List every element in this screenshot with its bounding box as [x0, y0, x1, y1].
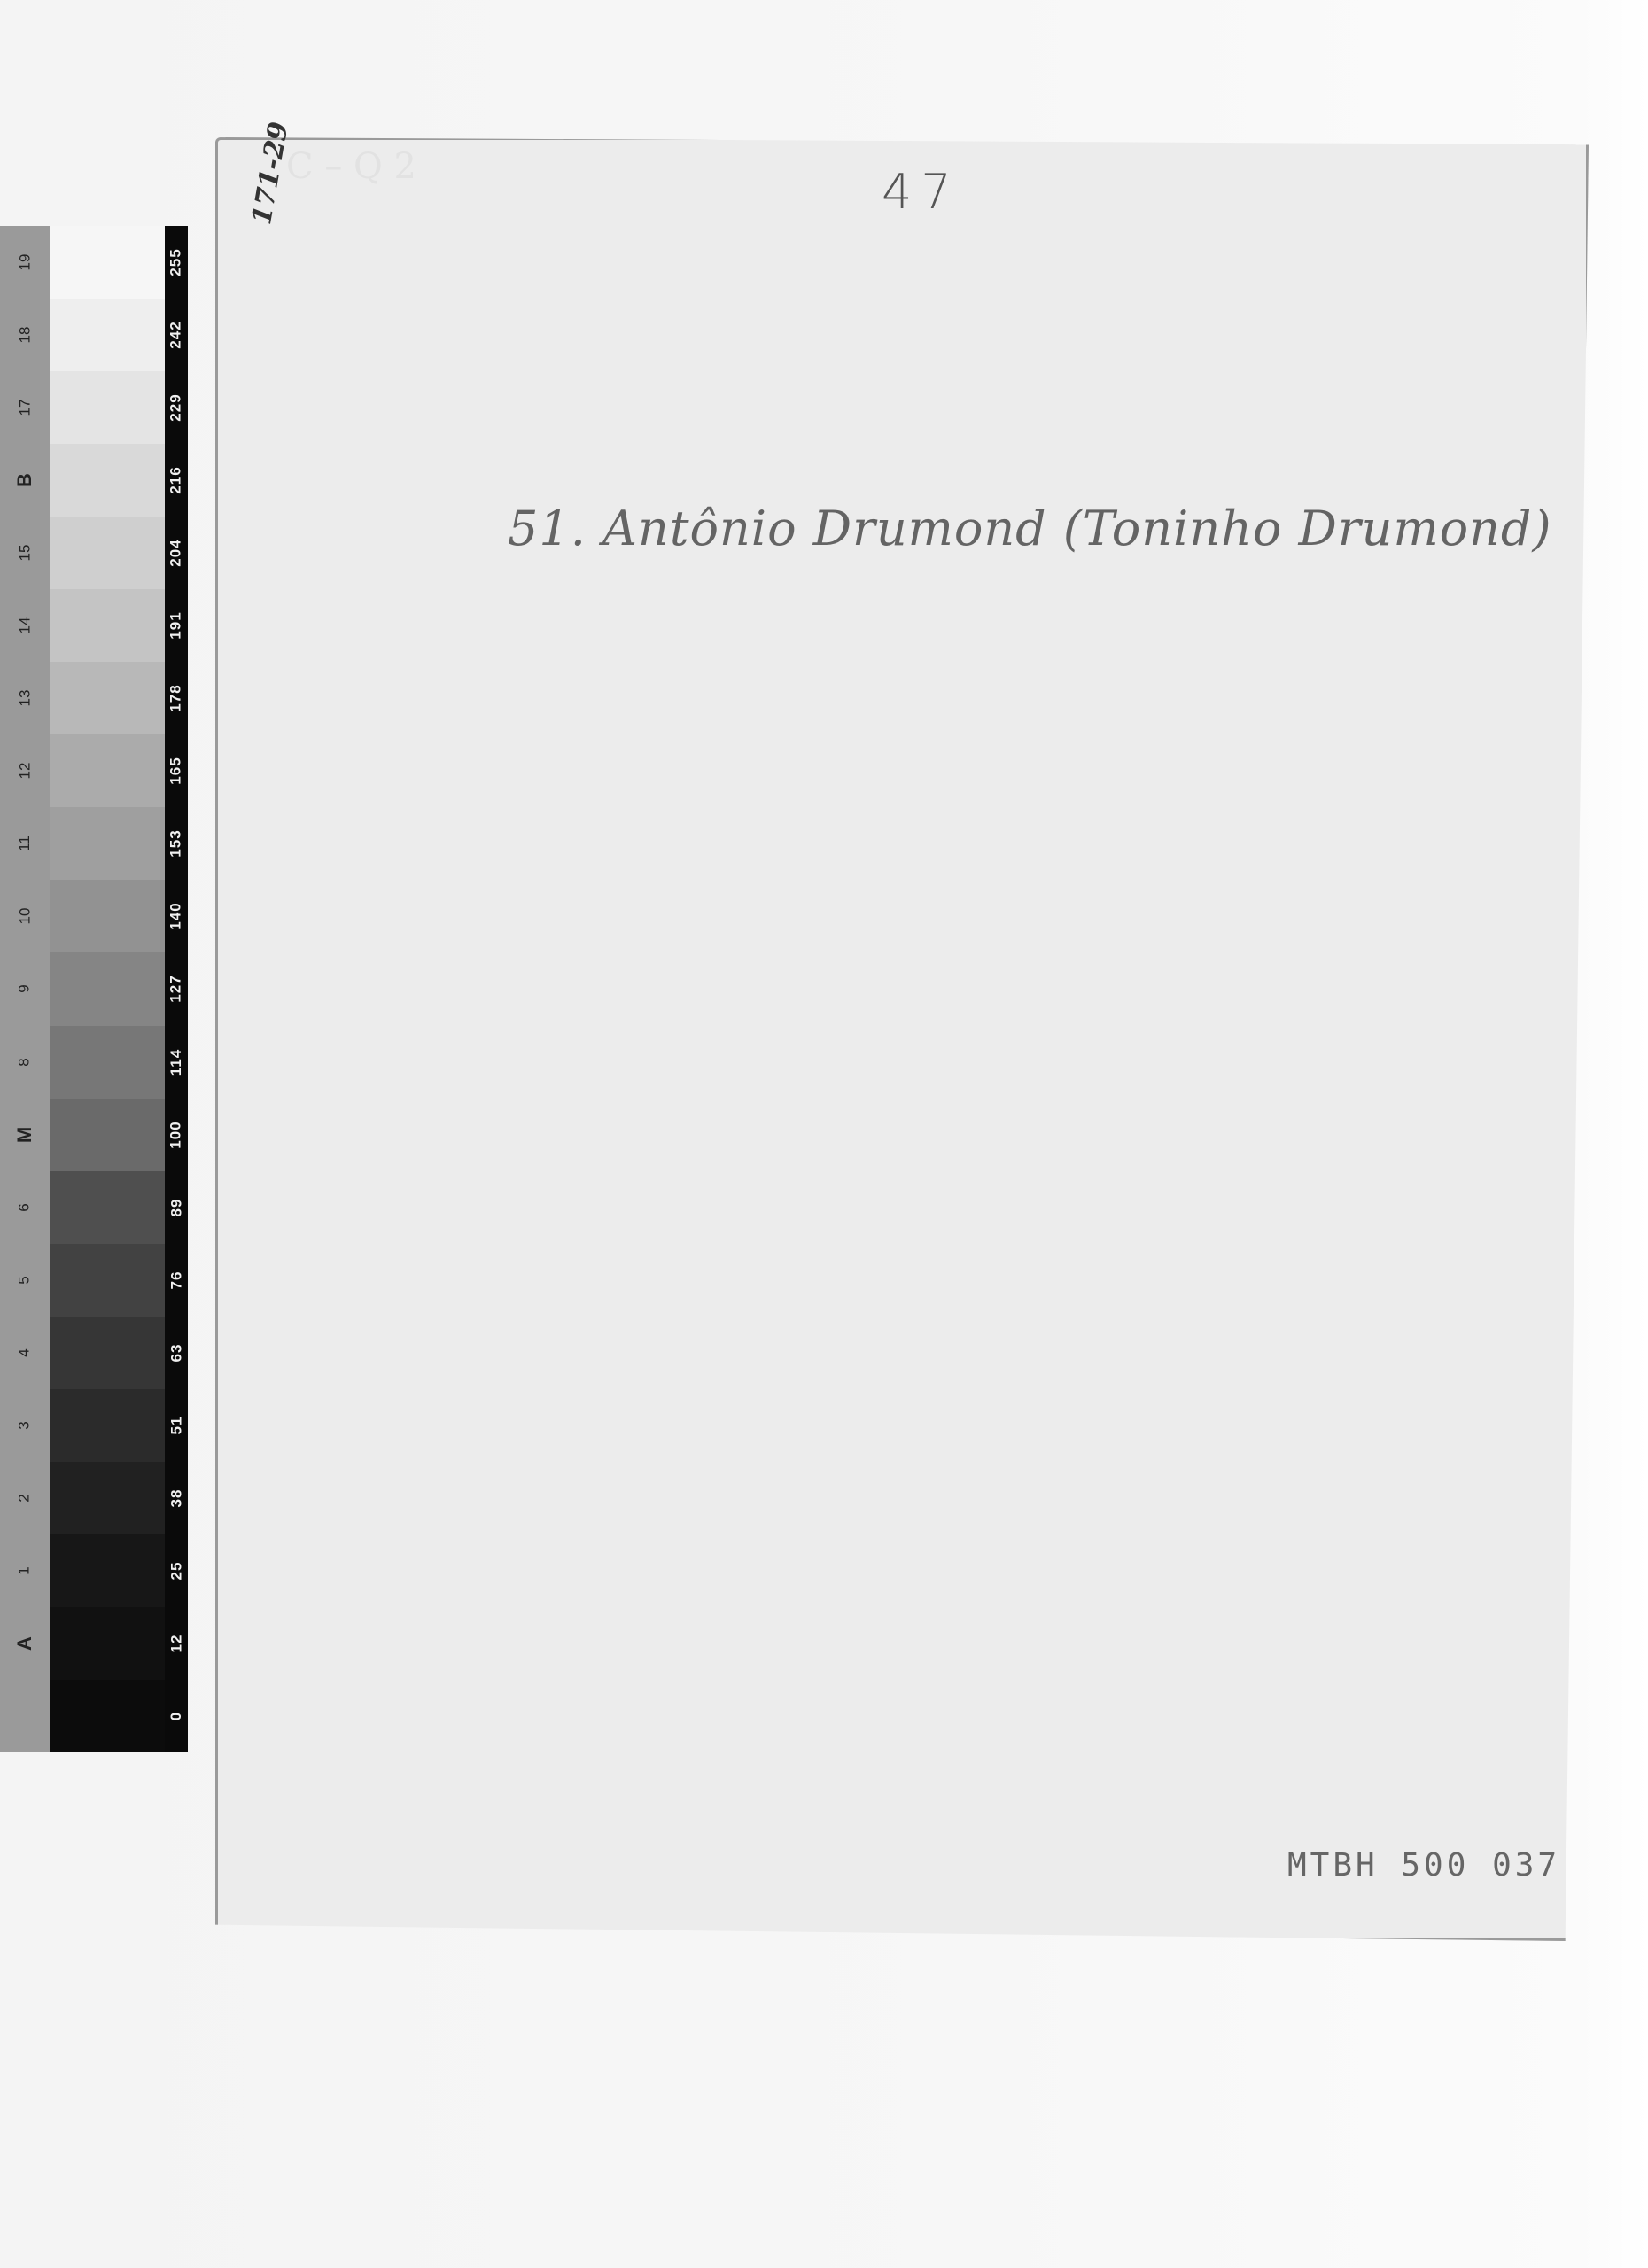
grayscale-patch: A12: [0, 1607, 188, 1680]
patch-label: 2: [16, 1494, 34, 1502]
patch-swatch: [50, 734, 165, 807]
patch-label: 15: [16, 545, 34, 562]
grayscale-patch: 689: [0, 1171, 188, 1244]
patch-label-cell: 17: [0, 371, 50, 444]
card-content: C – Q 2 47 171-29 51. Antônio Drumond (T…: [215, 137, 1583, 1936]
patch-label: M: [13, 1126, 36, 1142]
patch-swatch: [50, 1389, 165, 1462]
faint-bleed-through-marks: C – Q 2: [286, 146, 416, 187]
patch-value-cell: 178: [165, 662, 188, 734]
patch-label-cell: 11: [0, 807, 50, 880]
patch-swatch: [50, 1680, 165, 1752]
patch-value: 204: [167, 540, 185, 567]
patch-label-cell: A: [0, 1607, 50, 1680]
patch-value-cell: 165: [165, 734, 188, 807]
patch-label-cell: 1: [0, 1534, 50, 1607]
patch-value: 242: [167, 321, 185, 348]
patch-value-cell: 127: [165, 952, 188, 1025]
patch-label: 5: [16, 1276, 34, 1284]
patch-value-cell: 76: [165, 1244, 188, 1317]
grayscale-patch: 8114: [0, 1026, 188, 1099]
patch-value-cell: 114: [165, 1026, 188, 1099]
patch-swatch: [50, 1099, 165, 1171]
grayscale-patch: 19255: [0, 226, 188, 299]
patch-label: 3: [16, 1421, 34, 1429]
patch-swatch: [50, 952, 165, 1025]
patch-value-cell: 89: [165, 1171, 188, 1244]
patch-label: 17: [16, 400, 34, 416]
grayscale-patch: 576: [0, 1244, 188, 1317]
patch-value: 216: [167, 466, 185, 493]
grayscale-patch: 17229: [0, 371, 188, 444]
patch-value: 153: [167, 830, 185, 858]
patch-swatch: [50, 1317, 165, 1389]
patch-label: A: [13, 1636, 36, 1651]
patch-label: 11: [16, 836, 34, 852]
patch-label: 1: [16, 1566, 34, 1574]
patch-label-cell: 8: [0, 1026, 50, 1099]
patch-swatch: [50, 1534, 165, 1607]
patch-value-cell: 242: [165, 299, 188, 371]
patch-value: 25: [167, 1561, 185, 1580]
patch-label-cell: 15: [0, 517, 50, 589]
grayscale-patch: 15204: [0, 517, 188, 589]
patch-swatch: [50, 1462, 165, 1534]
patch-label: 4: [16, 1348, 34, 1356]
patch-label-cell: 14: [0, 589, 50, 662]
patch-value: 255: [167, 248, 185, 276]
patch-value: 140: [167, 903, 185, 930]
patch-label-cell: M: [0, 1099, 50, 1171]
patch-label: B: [13, 473, 36, 487]
patch-label-cell: 2: [0, 1462, 50, 1534]
grayscale-patch: M100: [0, 1099, 188, 1171]
patch-value-cell: 204: [165, 517, 188, 589]
patch-label-cell: B: [0, 444, 50, 517]
patch-value: 229: [167, 393, 185, 421]
patch-label: 13: [16, 690, 34, 707]
handwritten-caption: 51. Antônio Drumond (Toninho Drumond): [508, 501, 1552, 556]
patch-label-cell: 19: [0, 226, 50, 299]
patch-value-cell: 153: [165, 807, 188, 880]
patch-label: 19: [16, 254, 34, 271]
patch-value: 165: [167, 757, 185, 785]
page-number: 47: [882, 164, 960, 220]
grayscale-patch: 238: [0, 1462, 188, 1534]
patch-label: 10: [16, 908, 34, 925]
patch-label-cell: 4: [0, 1317, 50, 1389]
patch-label-cell: 12: [0, 734, 50, 807]
patch-value: 63: [167, 1343, 185, 1362]
patch-value-cell: 63: [165, 1317, 188, 1389]
patch-swatch: [50, 880, 165, 952]
patch-value-cell: 51: [165, 1389, 188, 1462]
archive-stamp: MTBH 500 037: [1287, 1847, 1560, 1884]
patch-label-cell: 10: [0, 880, 50, 952]
patch-swatch: [50, 1171, 165, 1244]
patch-value-cell: 12: [165, 1607, 188, 1680]
patch-label: 18: [16, 327, 34, 344]
patch-value-cell: 255: [165, 226, 188, 299]
patch-value: 0: [167, 1712, 185, 1720]
grayscale-calibration-strip: 192551824217229B216152041419113178121651…: [0, 226, 188, 1752]
grayscale-patch: B216: [0, 444, 188, 517]
patch-label: 8: [16, 1058, 34, 1066]
patch-value-cell: 25: [165, 1534, 188, 1607]
patch-swatch: [50, 807, 165, 880]
patch-value: 76: [167, 1270, 185, 1289]
grayscale-patch: 9127: [0, 952, 188, 1025]
grayscale-patch: 351: [0, 1389, 188, 1462]
patch-swatch: [50, 1026, 165, 1099]
patch-swatch: [50, 517, 165, 589]
patch-value: 100: [167, 1121, 185, 1148]
patch-value: 12: [167, 1634, 185, 1652]
patch-value: 89: [167, 1198, 185, 1216]
patch-swatch: [50, 444, 165, 517]
grayscale-patch: 18242: [0, 299, 188, 371]
patch-label: 9: [16, 985, 34, 993]
patch-value: 114: [167, 1048, 185, 1075]
grayscale-patch: 10140: [0, 880, 188, 952]
patch-label: 12: [16, 763, 34, 780]
patch-label-cell: [0, 1680, 50, 1752]
grayscale-patch: 13178: [0, 662, 188, 734]
patch-label-cell: 3: [0, 1389, 50, 1462]
grayscale-patch: 463: [0, 1317, 188, 1389]
patch-value-cell: 100: [165, 1099, 188, 1171]
patch-swatch: [50, 226, 165, 299]
patch-swatch: [50, 589, 165, 662]
patch-value-cell: 0: [165, 1680, 188, 1752]
patch-label: 6: [16, 1203, 34, 1211]
patch-label-cell: 18: [0, 299, 50, 371]
patch-swatch: [50, 371, 165, 444]
patch-label: 14: [16, 617, 34, 634]
patch-value-cell: 140: [165, 880, 188, 952]
grayscale-patch: 14191: [0, 589, 188, 662]
patch-value-cell: 216: [165, 444, 188, 517]
grayscale-patch: 0: [0, 1680, 188, 1752]
patch-value: 191: [167, 612, 185, 640]
patch-label-cell: 5: [0, 1244, 50, 1317]
grayscale-patch: 125: [0, 1534, 188, 1607]
patch-label-cell: 9: [0, 952, 50, 1025]
patch-swatch: [50, 1244, 165, 1317]
patch-label-cell: 6: [0, 1171, 50, 1244]
patch-value: 38: [167, 1488, 185, 1507]
patch-value-cell: 229: [165, 371, 188, 444]
patch-value: 178: [167, 685, 185, 712]
patch-swatch: [50, 1607, 165, 1680]
patch-swatch: [50, 299, 165, 371]
patch-label-cell: 13: [0, 662, 50, 734]
grayscale-patch: 11153: [0, 807, 188, 880]
patch-swatch: [50, 662, 165, 734]
grayscale-patch: 12165: [0, 734, 188, 807]
patch-value-cell: 191: [165, 589, 188, 662]
patch-value: 51: [167, 1416, 185, 1434]
patch-value: 127: [167, 975, 185, 1003]
patch-value-cell: 38: [165, 1462, 188, 1534]
